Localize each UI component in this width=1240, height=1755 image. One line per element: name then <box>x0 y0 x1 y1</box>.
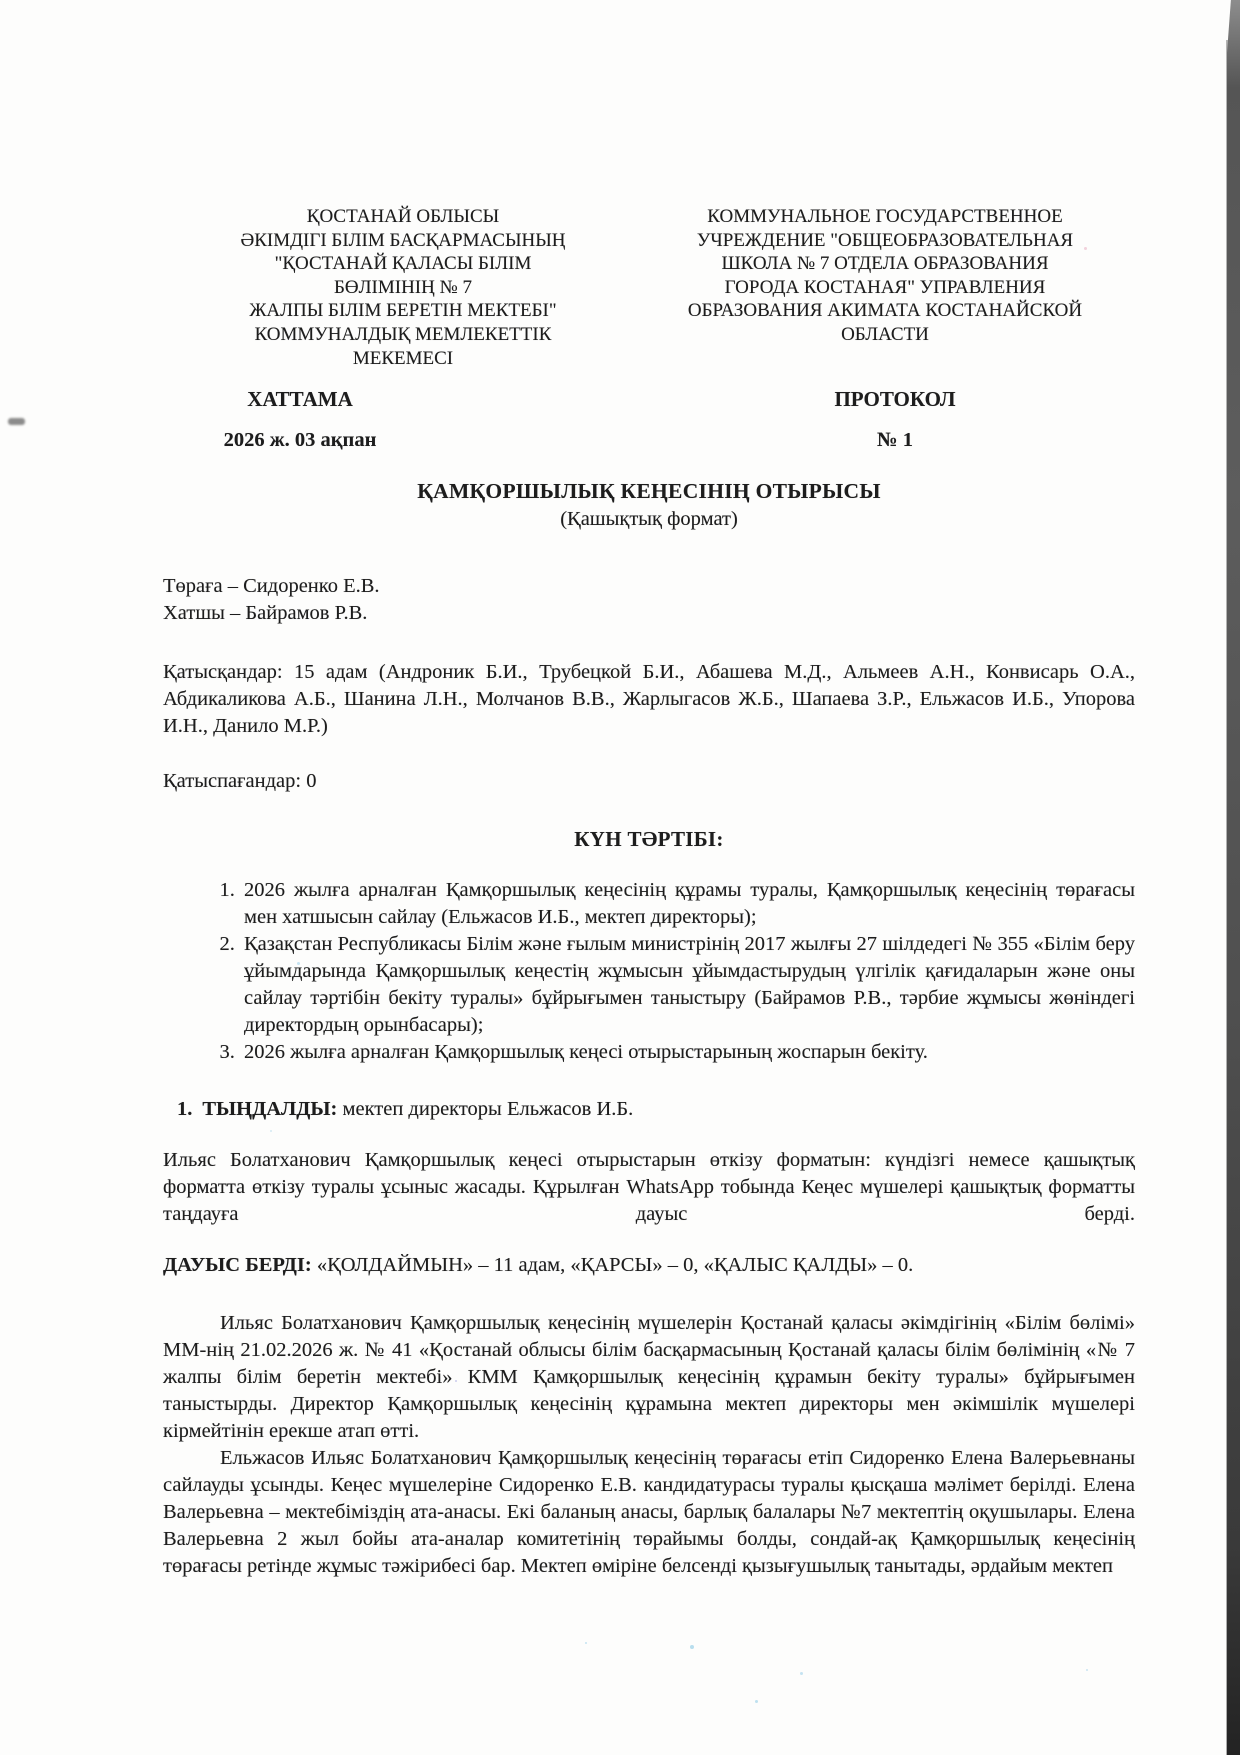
header-column-gap <box>581 205 635 370</box>
secretary-line: Хатшы – Байрамов Р.В. <box>163 600 1135 627</box>
agenda-list: 2026 жылға арналған Қамқоршылық кеңесіні… <box>163 877 1135 1066</box>
scan-speckle <box>585 1642 587 1644</box>
scan-speckle <box>1086 1669 1088 1671</box>
vote-result: «ҚОЛДАЙМЫН» – 11 адам, «ҚАРСЫ» – 0, «ҚАЛ… <box>317 1254 913 1276</box>
heard-speaker: мектеп директоры Ельжасов И.Б. <box>343 1098 634 1120</box>
organization-name-russian: КОММУНАЛЬНОЕ ГОСУДАРСТВЕННОЕ УЧРЕЖДЕНИЕ … <box>635 205 1135 370</box>
scanned-protocol-page: ҚОСТАНАЙ ОБЛЫСЫ ӘКІМДІГІ БІЛІМ БАСҚАРМАС… <box>0 0 1240 1755</box>
document-type-row: ХАТТАМА ПРОТОКОЛ <box>163 386 1135 413</box>
scan-smudge-artifact <box>8 418 25 425</box>
org-left-line: ЖАЛПЫ БІЛІМ БЕРЕТІН МЕКТЕБІ" <box>225 299 581 323</box>
agenda-item: Қазақстан Республикасы Білім және ғылым … <box>240 931 1135 1039</box>
meeting-format: (Қашықтық формат) <box>163 506 1135 533</box>
scan-speckle <box>800 1672 803 1675</box>
org-right-line: ОБЛАСТИ <box>635 323 1135 347</box>
org-left-line: МЕКЕМЕСІ <box>225 347 581 371</box>
organization-header: ҚОСТАНАЙ ОБЛЫСЫ ӘКІМДІГІ БІЛІМ БАСҚАРМАС… <box>163 205 1135 370</box>
scan-speckle <box>297 962 300 965</box>
vote-label: ДАУЫС БЕРДІ: <box>163 1254 312 1276</box>
format-decision-paragraph: Ильяс Болатханович Қамқоршылық кеңесі от… <box>163 1147 1135 1228</box>
scan-speckle <box>455 1380 457 1382</box>
org-right-line: ШКОЛА № 7 ОТДЕЛА ОБРАЗОВАНИЯ <box>635 252 1135 276</box>
chairman-line: Төраға – Сидоренко Е.В. <box>163 573 1135 600</box>
document-number: № 1 <box>775 427 1015 454</box>
chairman-nomination-paragraph: Ельжасов Ильяс Болатханович Қамқоршылық … <box>163 1445 1135 1580</box>
heard-number: 1. <box>177 1098 192 1120</box>
officials-block: Төраға – Сидоренко Е.В. Хатшы – Байрамов… <box>163 573 1135 627</box>
absentees-line: Қатыспағандар: 0 <box>163 768 1135 795</box>
org-right-line: УЧРЕЖДЕНИЕ "ОБЩЕОБРАЗОВАТЕЛЬНАЯ <box>635 229 1135 253</box>
agenda-item: 2026 жылға арналған Қамқоршылық кеңесіні… <box>240 877 1135 931</box>
scan-speckle <box>270 1130 272 1132</box>
scanner-edge-strip <box>1227 0 1240 1755</box>
org-left-line: ӘКІМДІГІ БІЛІМ БАСҚАРМАСЫНЫҢ <box>225 229 581 253</box>
heard-section-line: 1.ТЫҢДАЛДЫ: мектеп директоры Ельжасов И.… <box>163 1096 1135 1123</box>
document-content: ҚОСТАНАЙ ОБЛЫСЫ ӘКІМДІГІ БІЛІМ БАСҚАРМАС… <box>163 205 1135 1580</box>
org-left-line: КОММУНАЛДЫҚ МЕМЛЕКЕТТІК <box>225 323 581 347</box>
doc-type-kazakh: ХАТТАМА <box>175 386 425 413</box>
org-left-line: ҚОСТАНАЙ ОБЛЫСЫ <box>225 205 581 229</box>
agenda-heading: КҮН ТӘРТІБІ: <box>163 826 1135 853</box>
scan-speckle <box>690 1645 694 1649</box>
document-date: 2026 ж. 03 ақпан <box>175 427 425 454</box>
org-left-line: "ҚОСТАНАЙ ҚАЛАСЫ БІЛІМ БӨЛІМІНІҢ № 7 <box>225 252 581 299</box>
doc-type-russian: ПРОТОКОЛ <box>775 386 1015 413</box>
order-introduction-paragraph: Ильяс Болатханович Қамқоршылық кеңесінің… <box>163 1310 1135 1445</box>
agenda-item: 2026 жылға арналған Қамқоршылық кеңесі о… <box>240 1039 1135 1066</box>
org-right-line: ОБРАЗОВАНИЯ АКИМАТА КОСТАНАЙСКОЙ <box>635 299 1135 323</box>
meeting-title: ҚАМҚОРШЫЛЫҚ КЕҢЕСІНІҢ ОТЫРЫСЫ <box>163 478 1135 505</box>
attendees-paragraph: Қатысқандар: 15 адам (Андроник Б.И., Тру… <box>163 659 1135 740</box>
org-right-line: ГОРОДА КОСТАНАЯ" УПРАВЛЕНИЯ <box>635 276 1135 300</box>
vote-line: ДАУЫС БЕРДІ: «ҚОЛДАЙМЫН» – 11 адам, «ҚАР… <box>163 1252 1135 1279</box>
organization-name-kazakh: ҚОСТАНАЙ ОБЛЫСЫ ӘКІМДІГІ БІЛІМ БАСҚАРМАС… <box>225 205 581 370</box>
scan-speckle <box>1084 247 1087 250</box>
heard-label: ТЫҢДАЛДЫ: <box>202 1098 337 1120</box>
scan-speckle <box>755 1700 758 1703</box>
org-right-line: КОММУНАЛЬНОЕ ГОСУДАРСТВЕННОЕ <box>635 205 1135 229</box>
date-number-row: 2026 ж. 03 ақпан № 1 <box>163 427 1135 454</box>
